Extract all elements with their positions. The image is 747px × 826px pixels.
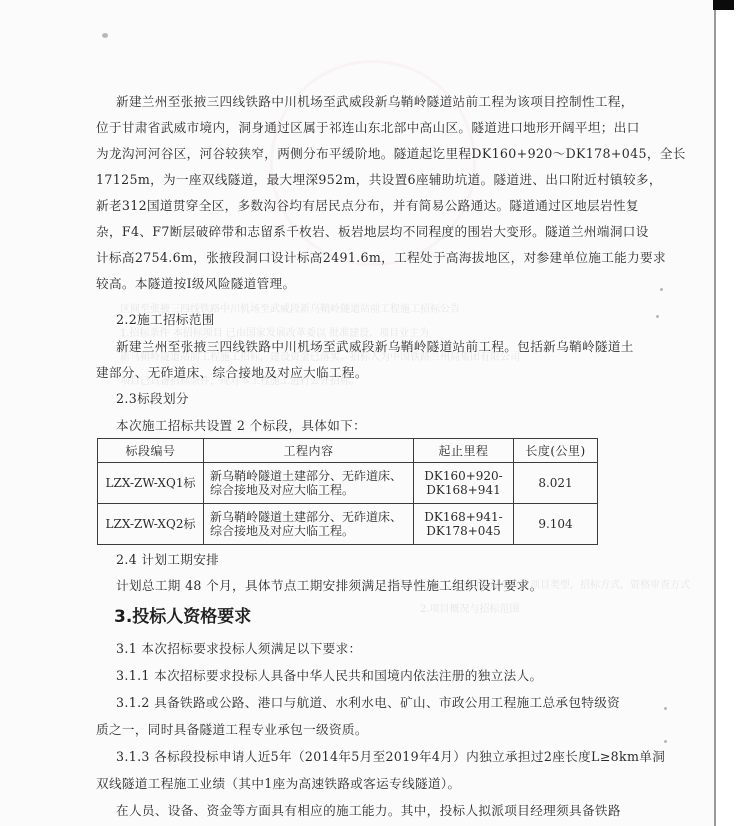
table-row: LZX-ZW-XQ1标 新乌鞘岭隧道土建部分、无砟道床、综合接地及对应大临工程。… <box>98 463 598 504</box>
scanned-document-page: 区间至张掖三四线铁路中川机场至武威段新乌鞘岭隧道站前工程施工招标公告 1.招标条… <box>0 0 714 826</box>
column-header: 标段编号 <box>98 439 204 463</box>
bid-section-content: 新乌鞘岭隧道土建部分、无砟道床、综合接地及对应大临工程。 <box>204 463 414 504</box>
paragraph-line: 新老312国道贯穿全区，多数沟谷均有居民点分布，并有简易公路通达。隧道通过区地层… <box>96 198 639 214</box>
bid-section-id: LZX-ZW-XQ2标 <box>98 504 204 545</box>
section-2-2-text: 新建兰州至张掖三四线铁路中川机场至武威段新乌鞘岭隧道站前工程。包括新乌鞘岭隧道土 <box>116 339 634 355</box>
scan-speck <box>102 33 108 38</box>
section-3-heading: 3.投标人资格要求 <box>114 606 251 628</box>
mileage-end: DK178+045 <box>420 524 507 538</box>
requirement-line: 在人员、设备、资金等方面具有相应的施工能力。其中，投标人拟派项目经理须具备铁路 <box>116 803 621 819</box>
bid-section-id: LZX-ZW-XQ1标 <box>98 463 204 504</box>
requirement-line: 质之一，同时具备隧道工程专业承包一级资质。 <box>96 722 368 738</box>
paragraph-line: 计标高2754.6m，张掖段洞口设计标高2491.6m，工程处于高海拔地区，对参… <box>96 250 666 266</box>
table-header-row: 标段编号 工程内容 起止里程 长度(公里) <box>98 439 598 463</box>
requirement-line: 双线隧道工程施工业绩（其中1座为高速铁路或客运专线隧道）。 <box>96 776 461 792</box>
requirement-line: 3.1.2 具备铁路或公路、港口与航道、水利水电、矿山、市政公用工程施工总承包特… <box>116 695 620 711</box>
requirement-line: 3.1.3 各标段投标申请人近5年（2014年5月至2019年4月）内独立承担过… <box>116 749 665 765</box>
scan-speck <box>664 740 667 743</box>
bid-section-length: 8.021 <box>514 463 598 504</box>
bid-section-table: 标段编号 工程内容 起止里程 长度(公里) LZX-ZW-XQ1标 新乌鞘岭隧道… <box>97 438 598 545</box>
mileage-end: DK168+941 <box>420 483 507 497</box>
page-edge-line <box>714 0 716 826</box>
mileage-start: DK160+920- <box>420 469 507 483</box>
column-header: 长度(公里) <box>514 439 598 463</box>
scan-corner-mark <box>713 0 734 10</box>
paragraph-line: 较高。本隧道按I级风险隧道管理。 <box>96 276 295 292</box>
paragraph-line: 位于甘肃省武威市境内，洞身通过区属于祁连山东北部中高山区。隧道进口地形开阔平坦；… <box>96 120 640 136</box>
ghost-text: 2.项目概况与招标范围 <box>420 602 520 618</box>
table-row: LZX-ZW-XQ2标 新乌鞘岭隧道土建部分、无砟道床、综合接地及对应大临工程。… <box>98 504 598 545</box>
paragraph-line: 杂，F4、F7断层破碎带和志留系千枚岩、板岩地层均不同程度的围岩大变形。隧道兰州… <box>96 224 649 240</box>
scan-speck <box>664 707 667 710</box>
requirement-line: 3.1.1 本次招标要求投标人具备中华人民共和国境内依法注册的独立法人。 <box>116 668 542 684</box>
section-2-4-title: 2.4 计划工期安排 <box>116 552 219 568</box>
scan-speck <box>656 315 659 318</box>
bid-section-content: 新乌鞘岭隧道土建部分、无砟道床、综合接地及对应大临工程。 <box>204 504 414 545</box>
paragraph-line: 17125m，为一座双线隧道，最大埋深952m，共设置6座辅助坑道。隧道进、出口… <box>96 172 662 188</box>
paragraph-line: 新建兰州至张掖三四线铁路中川机场至武威段新乌鞘岭隧道站前工程为该项目控制性工程， <box>116 94 634 110</box>
section-2-2-title: 2.2施工招标范围 <box>116 312 215 328</box>
paragraph-line: 为龙沟河河谷区，河谷较狭窄，两侧分布平缓阶地。隧道起讫里程DK160+920～D… <box>96 146 686 162</box>
bid-section-mileage: DK160+920- DK168+941 <box>414 463 514 504</box>
scan-speck <box>660 288 663 291</box>
section-2-4-text: 计划总工期 48 个月，具体节点工期安排须满足指导性施工组织设计要求。 <box>116 578 543 594</box>
column-header: 工程内容 <box>204 439 414 463</box>
section-2-3-title: 2.3标段划分 <box>116 391 189 407</box>
requirement-line: 3.1 本次招标要求投标人须满足以下要求： <box>116 641 361 657</box>
section-2-2-text: 建部分、无砟道床、综合接地及对应大临工程。 <box>96 365 368 381</box>
bid-section-mileage: DK168+941- DK178+045 <box>414 504 514 545</box>
bid-section-length: 9.104 <box>514 504 598 545</box>
mileage-start: DK168+941- <box>420 510 507 524</box>
column-header: 起止里程 <box>414 439 514 463</box>
section-2-3-intro: 本次施工招标共设置 2 个标段，具体如下： <box>116 418 366 434</box>
